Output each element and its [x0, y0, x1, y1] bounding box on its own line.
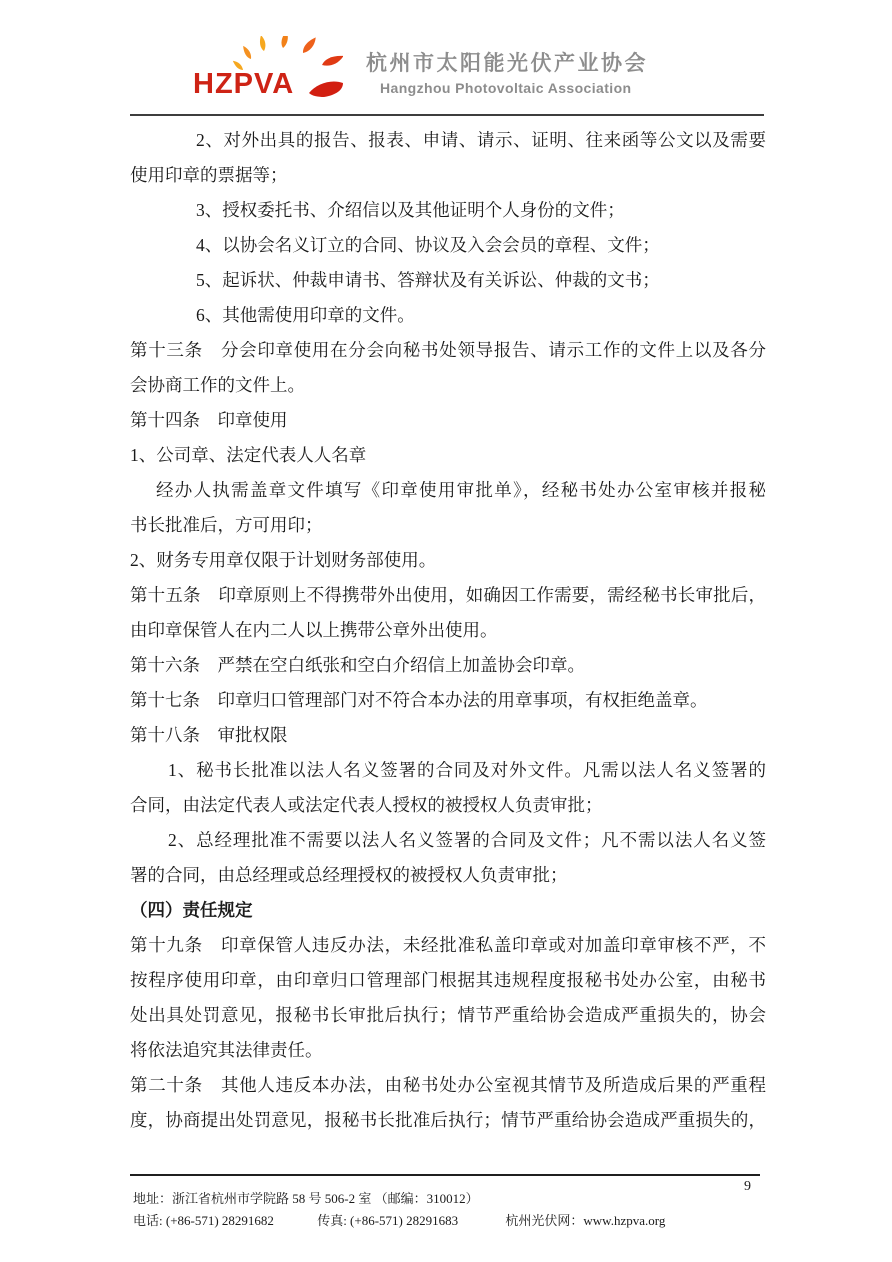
document-body: 2、对外出具的报告、报表、申请、请示、证明、往来函等公文以及需要使用印章的票据等… [130, 123, 766, 1138]
body-line: 第十四条 印章使用 [130, 403, 766, 438]
footer-fax: 传真: (+86-571) 28291683 [317, 1213, 458, 1228]
body-line: 第十九条 印章保管人违反办法，未经批准私盖印章或对加盖印章审核不严，不 [130, 928, 766, 963]
body-line: 度，协商提出处罚意见，报秘书长批准后执行；情节严重给协会造成严重损失的， [130, 1103, 766, 1138]
header-divider [130, 114, 764, 116]
body-line: 由印章保管人在内二人以上携带公章外出使用。 [130, 613, 766, 648]
body-line: （四）责任规定 [130, 893, 766, 928]
body-line: 1、秘书长批准以法人名义签署的合同及对外文件。凡需以法人名义签署的 [130, 753, 766, 788]
footer-website: www.hzpva.org [583, 1213, 665, 1228]
sun-swoosh-icon [309, 81, 343, 97]
body-line: 第十八条 审批权限 [130, 718, 766, 753]
body-line: 会协商工作的文件上。 [130, 368, 766, 403]
body-line: 2、总经理批准不需要以法人名义签署的合同及文件；凡不需以法人名义签 [130, 823, 766, 858]
body-line: 将依法追究其法律责任。 [130, 1033, 766, 1068]
org-subtitle: Hangzhou Photovoltaic Association [380, 80, 631, 96]
body-line: 3、授权委托书、介绍信以及其他证明个人身份的文件； [130, 193, 766, 228]
footer-address: 地址：浙江省杭州市学院路 58 号 506-2 室 （邮编：310012） [133, 1188, 479, 1207]
page-number: 9 [744, 1179, 751, 1195]
body-line: 第十三条 分会印章使用在分会向秘书处领导报告、请示工作的文件上以及各分 [130, 333, 766, 368]
footer-divider [130, 1174, 760, 1176]
body-line: 按程序使用印章，由印章归口管理部门根据其违规程度报秘书处办公室，由秘书 [130, 963, 766, 998]
org-title: 杭州市太阳能光伏产业协会 [366, 47, 648, 77]
body-line: 4、以协会名义订立的合同、协议及入会会员的章程、文件； [130, 228, 766, 263]
body-line: 处出具处罚意见，报秘书长审批后执行；情节严重给协会造成严重损失的，协会 [130, 998, 766, 1033]
footer-phone: 电话: (+86-571) 28291682 [133, 1213, 274, 1228]
body-line: 合同，由法定代表人或法定代表人授权的被授权人负责审批； [130, 788, 766, 823]
body-line: 2、对外出具的报告、报表、申请、请示、证明、往来函等公文以及需要 [130, 123, 766, 158]
body-line: 第十七条 印章归口管理部门对不符合本办法的用章事项，有权拒绝盖章。 [130, 683, 766, 718]
document-page: HZPVA 杭州市太阳能光伏产业协会 Hangzhou Photovoltaic… [0, 0, 892, 1262]
body-line: 第二十条 其他人违反本办法，由秘书处办公室视其情节及所造成后果的严重程 [130, 1068, 766, 1103]
body-line: 书长批准后，方可用印； [130, 508, 766, 543]
hzpva-logo: HZPVA [193, 36, 343, 104]
body-line: 5、起诉状、仲裁申请书、答辩状及有关诉讼、仲裁的文书； [130, 263, 766, 298]
body-line: 1、公司章、法定代表人人名章 [130, 438, 766, 473]
body-line: 6、其他需使用印章的文件。 [130, 298, 766, 333]
body-line: 使用印章的票据等； [130, 158, 766, 193]
logo-text: HZPVA [193, 68, 294, 100]
footer-website-label: 杭州光伏网： [505, 1213, 583, 1228]
body-line: 署的合同，由总经理或总经理授权的被授权人负责审批； [130, 858, 766, 893]
body-line: 第十六条 严禁在空白纸张和空白介绍信上加盖协会印章。 [130, 648, 766, 683]
body-line: 第十五条 印章原则上不得携带外出使用，如确因工作需要，需经秘书长审批后， [130, 578, 766, 613]
footer-contacts: 电话: (+86-571) 28291682 传真: (+86-571) 282… [133, 1210, 665, 1229]
body-line: 2、财务专用章仅限于计划财务部使用。 [130, 543, 766, 578]
body-line: 经办人执需盖章文件填写《印章使用审批单》，经秘书处办公室审核并报秘 [130, 473, 766, 508]
